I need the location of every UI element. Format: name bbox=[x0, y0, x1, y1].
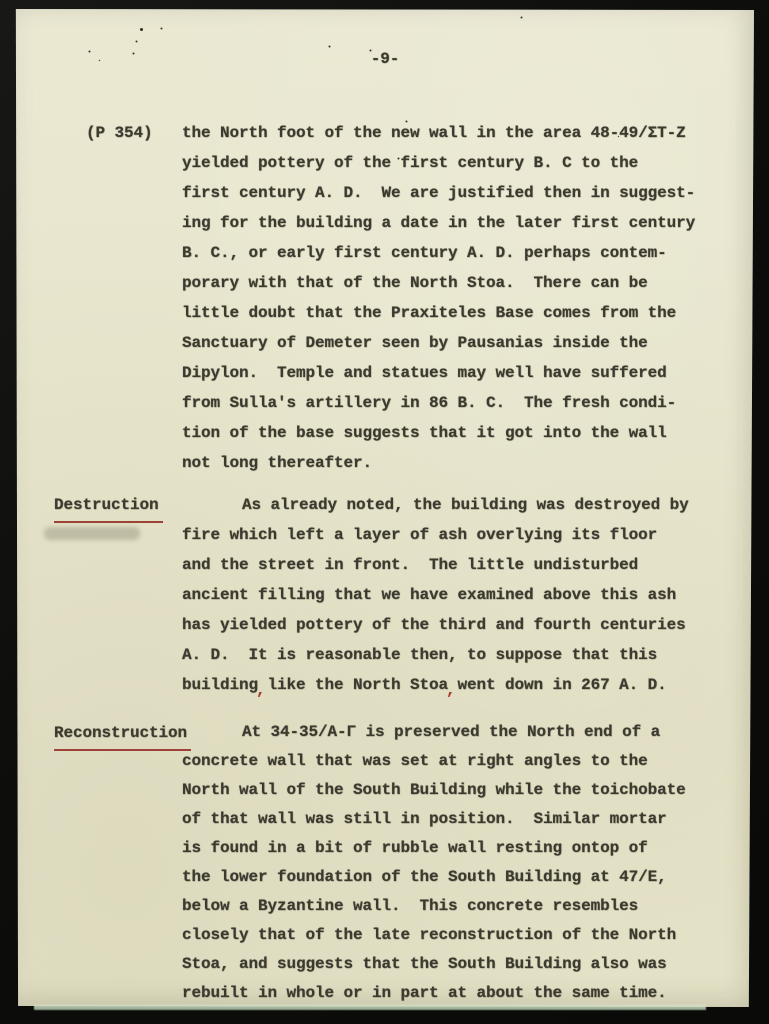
text-line: the lower foundation of the South Buildi… bbox=[182, 863, 710, 892]
text-line: below a Byzantine wall. This concrete re… bbox=[182, 892, 710, 921]
text-line: from Sulla's artillery in 86 B. C. The f… bbox=[182, 388, 710, 418]
text-line: fire which left a layer of ash overlying… bbox=[182, 520, 710, 550]
paragraph-pottery-dating: the North foot of the new wall in the ar… bbox=[182, 118, 710, 478]
text-line: A. D. It is reasonable then, to suppose … bbox=[182, 640, 710, 670]
section-heading-reconstruction-text: Reconstruction bbox=[54, 718, 191, 751]
text-line: ing for the building a date in the later… bbox=[182, 208, 710, 238]
text-line: North wall of the South Building while t… bbox=[182, 776, 710, 805]
text-line: B. C., or early first century A. D. perh… bbox=[182, 238, 710, 268]
paper-sheet: -9- (P 354) the North foot of the new wa… bbox=[14, 9, 754, 1007]
text-line: first century A. D. We are justified the… bbox=[182, 178, 710, 208]
text-line: As already noted, the building was destr… bbox=[182, 490, 710, 520]
text-line: the North foot of the new wall in the ar… bbox=[182, 118, 710, 148]
scanner-edge-artifact bbox=[34, 1005, 706, 1010]
page-number: -9- bbox=[350, 47, 420, 71]
text-line: porary with that of the North Stoa. Ther… bbox=[182, 268, 710, 298]
section-heading-reconstruction: Reconstruction bbox=[54, 718, 191, 748]
paragraph-reconstruction: At 34-35/A-Γ is preserved the North end … bbox=[182, 718, 710, 1008]
handwritten-comma-mark: , bbox=[446, 681, 456, 699]
text-line: tion of the base suggests that it got in… bbox=[182, 418, 710, 448]
text-line: is found in a bit of rubble wall resting… bbox=[182, 834, 710, 863]
handwritten-comma-mark: , bbox=[256, 681, 266, 699]
text-line: has yielded pottery of the third and fou… bbox=[182, 610, 710, 640]
section-heading-destruction-text: Destruction bbox=[54, 490, 163, 523]
text-line: rebuilt in whole or in part at about the… bbox=[182, 979, 710, 1008]
text-line: not long thereafter. bbox=[182, 448, 710, 478]
section-heading-destruction: Destruction bbox=[54, 490, 163, 520]
text-line: At 34-35/A-Γ is preserved the North end … bbox=[182, 718, 710, 747]
text-line: ancient filling that we have examined ab… bbox=[182, 580, 710, 610]
margin-note-p354-text: (P 354) bbox=[86, 124, 153, 142]
text-line: of that wall was still in position. Simi… bbox=[182, 805, 710, 834]
margin-note-p354: (P 354) bbox=[86, 118, 153, 148]
paragraph-destruction: As already noted, the building was destr… bbox=[182, 490, 710, 700]
ink-specks bbox=[14, 9, 17, 12]
text-line: Sanctuary of Demeter seen by Pausanias i… bbox=[182, 328, 710, 358]
text-line: yielded pottery of the first century B. … bbox=[182, 148, 710, 178]
text-line: concrete wall that was set at right angl… bbox=[182, 747, 710, 776]
scanned-document-page: -9- (P 354) the North foot of the new wa… bbox=[0, 0, 769, 1024]
text-line: little doubt that the Praxiteles Base co… bbox=[182, 298, 710, 328]
text-line: Stoa, and suggests that the South Buildi… bbox=[182, 950, 710, 979]
erased-text-smudge bbox=[44, 527, 140, 540]
text-line: Dipylon. Temple and statues may well hav… bbox=[182, 358, 710, 388]
text-line: closely that of the late reconstruction … bbox=[182, 921, 710, 950]
text-line: and the street in front. The little undi… bbox=[182, 550, 710, 580]
